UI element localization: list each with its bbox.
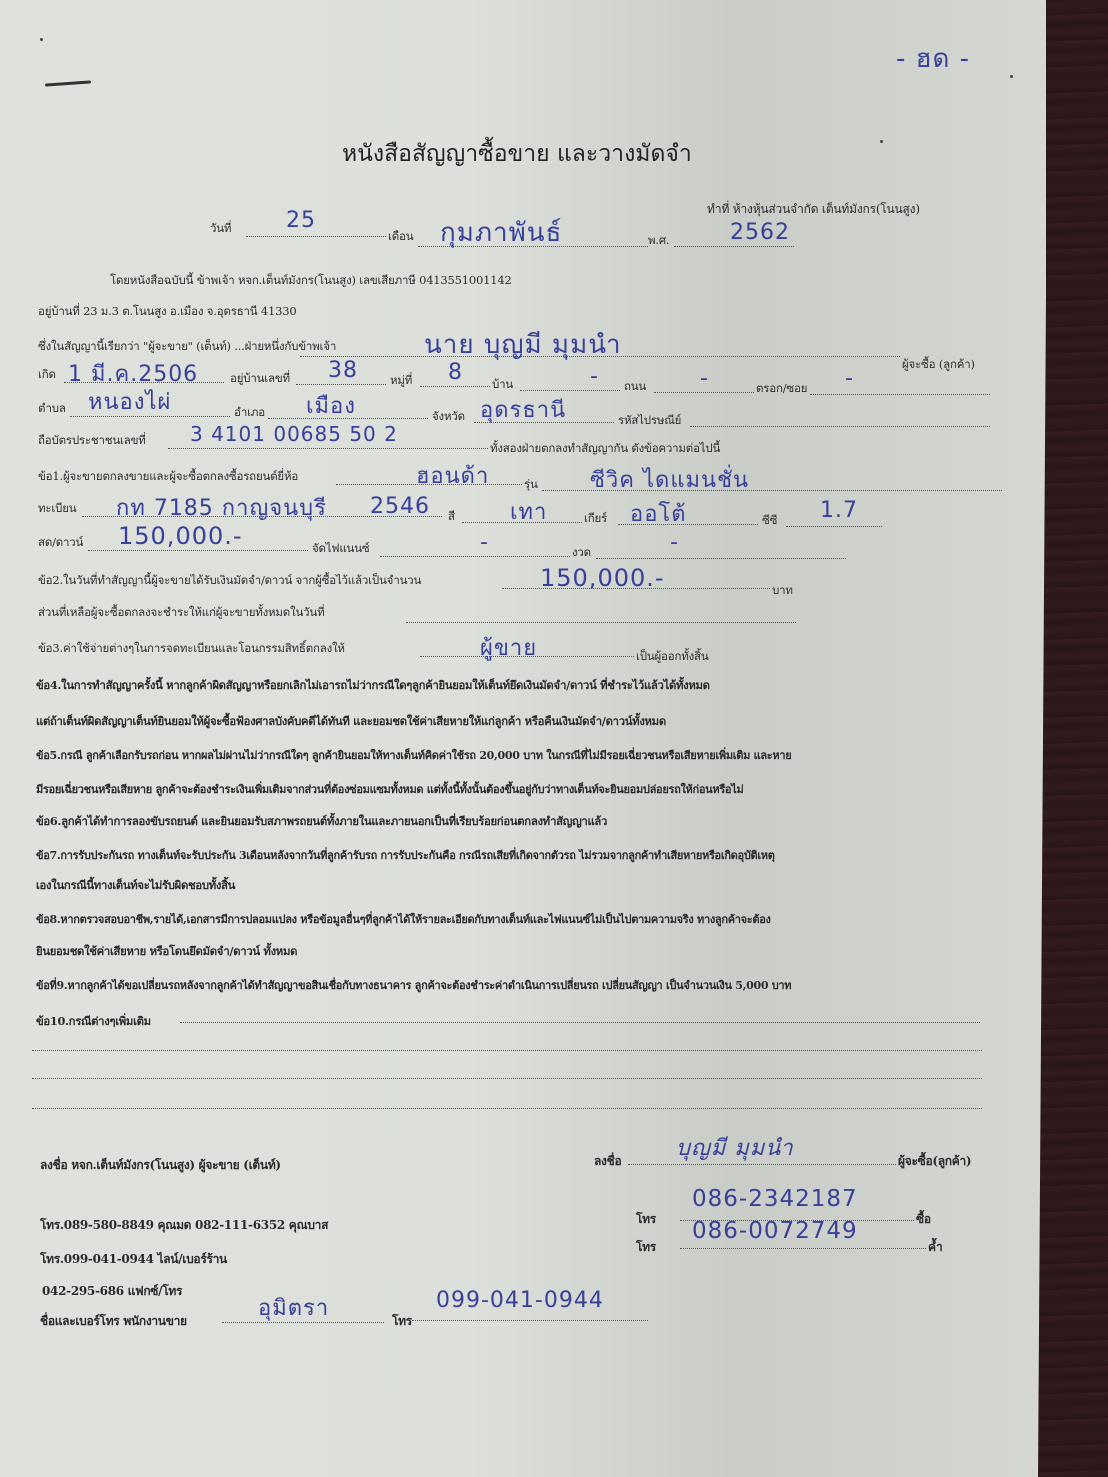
subdistrict-value[interactable]: หนองไผ่ — [88, 384, 171, 419]
clause1-label: ข้อ1.ผู้จะขายตกลงขายและผู้จะซื้อตกลงซื้อ… — [38, 468, 298, 486]
buyer-signature[interactable]: บุญมี มุมนำ — [676, 1130, 794, 1165]
deposit-unit: บาท — [772, 582, 793, 600]
contract-paper: - ฮด - หนังสือสัญญาซื้อขาย และวางมัดจำ ท… — [0, 0, 1046, 1477]
salesperson-name-value[interactable]: อุมิตรา — [258, 1290, 329, 1325]
fee-payer-value[interactable]: ผู้ขาย — [480, 630, 537, 665]
deposit-amount-value[interactable]: 150,000.- — [540, 564, 665, 592]
buyer-phone2-label: โทร — [636, 1238, 656, 1257]
province-value[interactable]: อุดรธานี — [480, 392, 566, 427]
clause10-field[interactable] — [180, 1022, 980, 1023]
intro-line-1: โดยหนังสือฉบับนี้ ข้าพเจ้า หจก.เต็นท์มัง… — [110, 272, 512, 290]
house-no-label: อยู่บ้านเลขที่ — [230, 370, 290, 388]
village-value[interactable]: - — [590, 364, 599, 389]
installment-value[interactable]: - — [670, 530, 679, 555]
finance-label: จัดไฟแนนซ์ — [312, 540, 369, 558]
moo-label: หมู่ที่ — [390, 372, 412, 390]
salesperson-phone-label: โทร — [392, 1312, 412, 1331]
clause2-label: ข้อ2.ในวันที่ทำสัญญานี้ผู้จะขายได้รับเงิ… — [38, 572, 421, 590]
clause3-suffix: เป็นผู้ออกทั้งสิ้น — [636, 648, 708, 666]
clause4-line1: ข้อ4.ในการทำสัญญาครั้งนี้ หากลูกค้าผิดสั… — [36, 676, 710, 694]
seller-line-label: ซึ่งในสัญญานี้เรียกว่า "ผู้จะขาย" (เต็นท… — [38, 338, 336, 356]
alley-label: ตรอก/ซอย — [756, 380, 807, 398]
paper-speck — [1010, 75, 1013, 78]
province-label: จังหวัด — [432, 408, 465, 426]
guarantor-phone-value[interactable]: 086-0072749 — [692, 1218, 858, 1244]
buyer-sign-suffix: ผู้จะซื้อ(ลูกค้า) — [898, 1152, 971, 1171]
buyer-phone2-suffix: ค้ำ — [928, 1238, 942, 1257]
buyer-phone1-label: โทร — [636, 1210, 656, 1229]
house-no-value[interactable]: 38 — [328, 358, 358, 383]
buyer-phone1-suffix: ซื้อ — [916, 1210, 931, 1229]
installment-label: งวด — [572, 544, 591, 562]
clause6: ข้อ6.ลูกค้าได้ทำการลองขับรถยนต์ และยินยอ… — [36, 812, 607, 830]
year-label: พ.ศ. — [648, 232, 669, 250]
clause10-extra-line[interactable] — [32, 1108, 982, 1109]
car-brand-value[interactable]: ฮอนด้า — [416, 458, 489, 493]
id-label: ถือบัตรประชาชนเลขที่ — [38, 432, 146, 450]
clause9: ข้อที่9.หากลูกค้าได้ขอเปลี่ยนรถหลังจากลู… — [36, 976, 791, 994]
shop-contact-line3: 042-295-686 แฟกซ์/โทร — [42, 1282, 182, 1301]
clause8-line1: ข้อ8.หากตรวจสอบอาชีพ,รายได้,เอกสารมีการป… — [36, 910, 771, 928]
made-at: ทำที่ ห้างหุ้นส่วนจำกัด เต็นท์มังกร(โนนส… — [707, 200, 920, 219]
id-value[interactable]: 3 4101 00685 50 2 — [190, 422, 398, 446]
clause4-line2: แต่ถ้าเต็นท์ผิดสัญญาเต็นท์ยินยอมให้ผู้จะ… — [36, 712, 666, 730]
year-value[interactable]: 2562 — [730, 220, 790, 245]
clause5-line1: ข้อ5.กรณี ลูกค้าเลือกรับรถก่อน หากผลไม่ผ… — [36, 746, 791, 764]
district-label: อำเภอ — [234, 404, 265, 422]
clause10-extra-line[interactable] — [32, 1050, 982, 1051]
road-label: ถนน — [624, 378, 646, 396]
shop-contact-line2: โทร.099-041-0944 ไลน์/เบอร์ร้าน — [40, 1250, 227, 1269]
color-label: สี — [448, 508, 455, 526]
clause7-line2: เองในกรณีนี้ทางเต็นท์จะไม่รับผิดชอบทั้งส… — [36, 876, 235, 894]
salesperson-label: ชื่อและเบอร์โทร พนักงานขาย — [40, 1312, 187, 1331]
cc-value[interactable]: 1.7 — [820, 498, 858, 523]
car-color-value[interactable]: เทา — [510, 494, 547, 529]
plate-label: ทะเบียน — [38, 500, 76, 518]
gear-label: เกียร์ — [584, 510, 607, 528]
intro-line-2: อยู่บ้านที่ 23 ม.3 ต.โนนสูง อ.เมือง จ.อุ… — [38, 303, 296, 321]
born-label: เกิด — [38, 366, 56, 384]
moo-value[interactable]: 8 — [448, 360, 463, 385]
buyer-name-value[interactable]: นาย บุญมี มุมนำ — [424, 324, 622, 365]
day-value[interactable]: 25 — [286, 208, 316, 233]
buyer-phone1-value[interactable]: 086-2342187 — [692, 1186, 858, 1212]
clause7-line1: ข้อ7.การรับประกันรถ ทางเต็นท์จะรับประกัน… — [36, 846, 775, 864]
pen-stroke-mark — [45, 80, 91, 86]
road-value[interactable]: - — [700, 366, 709, 391]
corner-handwritten-mark: - ฮด - — [896, 38, 970, 79]
gear-value[interactable]: ออโต้ — [630, 496, 687, 531]
model-label: รุ่น — [524, 476, 538, 494]
seller-signature-line: ลงชื่อ หจก.เต็นท์มังกร(โนนสูง) ผู้จะขาย … — [40, 1156, 281, 1175]
document-title: หนังสือสัญญาซื้อขาย และวางมัดจำ — [342, 136, 692, 172]
clause10-label: ข้อ10.กรณีต่างๆเพิ่มเติม — [36, 1012, 151, 1030]
clause3-label: ข้อ3.ค่าใช้จ่ายต่างๆในการจดทะเบียนและโอน… — [38, 640, 345, 658]
postcode-label: รหัสไปรษณีย์ — [618, 412, 681, 430]
car-year-value[interactable]: 2546 — [370, 494, 430, 519]
buyer-suffix: ผู้จะซื้อ (ลูกค้า) — [902, 356, 975, 374]
id-suffix: ทั้งสองฝ่ายตกลงทำสัญญากัน ดังข้อความต่อไ… — [490, 440, 720, 458]
clause10-extra-line[interactable] — [32, 1078, 982, 1079]
month-label: เดือน — [388, 228, 413, 246]
cc-label: ซีซี — [762, 512, 777, 530]
shop-contact-line1: โทร.089-580-8849 คุณมด 082-111-6352 คุณบ… — [40, 1216, 328, 1235]
month-value[interactable]: กุมภาพันธ์ — [440, 212, 562, 253]
car-model-value[interactable]: ซีวิค ไดแมนชั่น — [590, 462, 749, 497]
finance-value[interactable]: - — [480, 530, 489, 555]
remaining-label: ส่วนที่เหลือผู้จะซื้อตกลงจะชำระให้แก่ผู้… — [38, 604, 324, 622]
plate-value[interactable]: กท 7185 กาญจนบุรี — [116, 490, 327, 525]
clause5-line2: มีรอยเฉี่ยวชนหรือเสียหาย ลูกค้าจะต้องชำร… — [36, 780, 743, 798]
day-label: วันที่ — [210, 220, 231, 238]
alley-value[interactable]: - — [845, 366, 854, 391]
price-value[interactable]: 150,000.- — [118, 522, 243, 550]
paper-speck — [40, 38, 43, 41]
subdistrict-label: ตำบล — [38, 400, 66, 418]
paper-speck — [880, 140, 883, 143]
price-label: สด/ดาวน์ — [38, 534, 83, 552]
salesperson-phone-value[interactable]: 099-041-0944 — [436, 1288, 604, 1313]
clause8-line2: ยินยอมชดใช้ค่าเสียหาย หรือโดนยึดมัดจำ/ดา… — [36, 942, 297, 960]
district-value[interactable]: เมือง — [306, 388, 356, 423]
made-at-label: ทำที่ — [707, 202, 729, 216]
buyer-sign-label: ลงชื่อ — [594, 1152, 621, 1171]
made-at-value: ห้างหุ้นส่วนจำกัด เต็นท์มังกร(โนนสูง) — [733, 202, 920, 216]
